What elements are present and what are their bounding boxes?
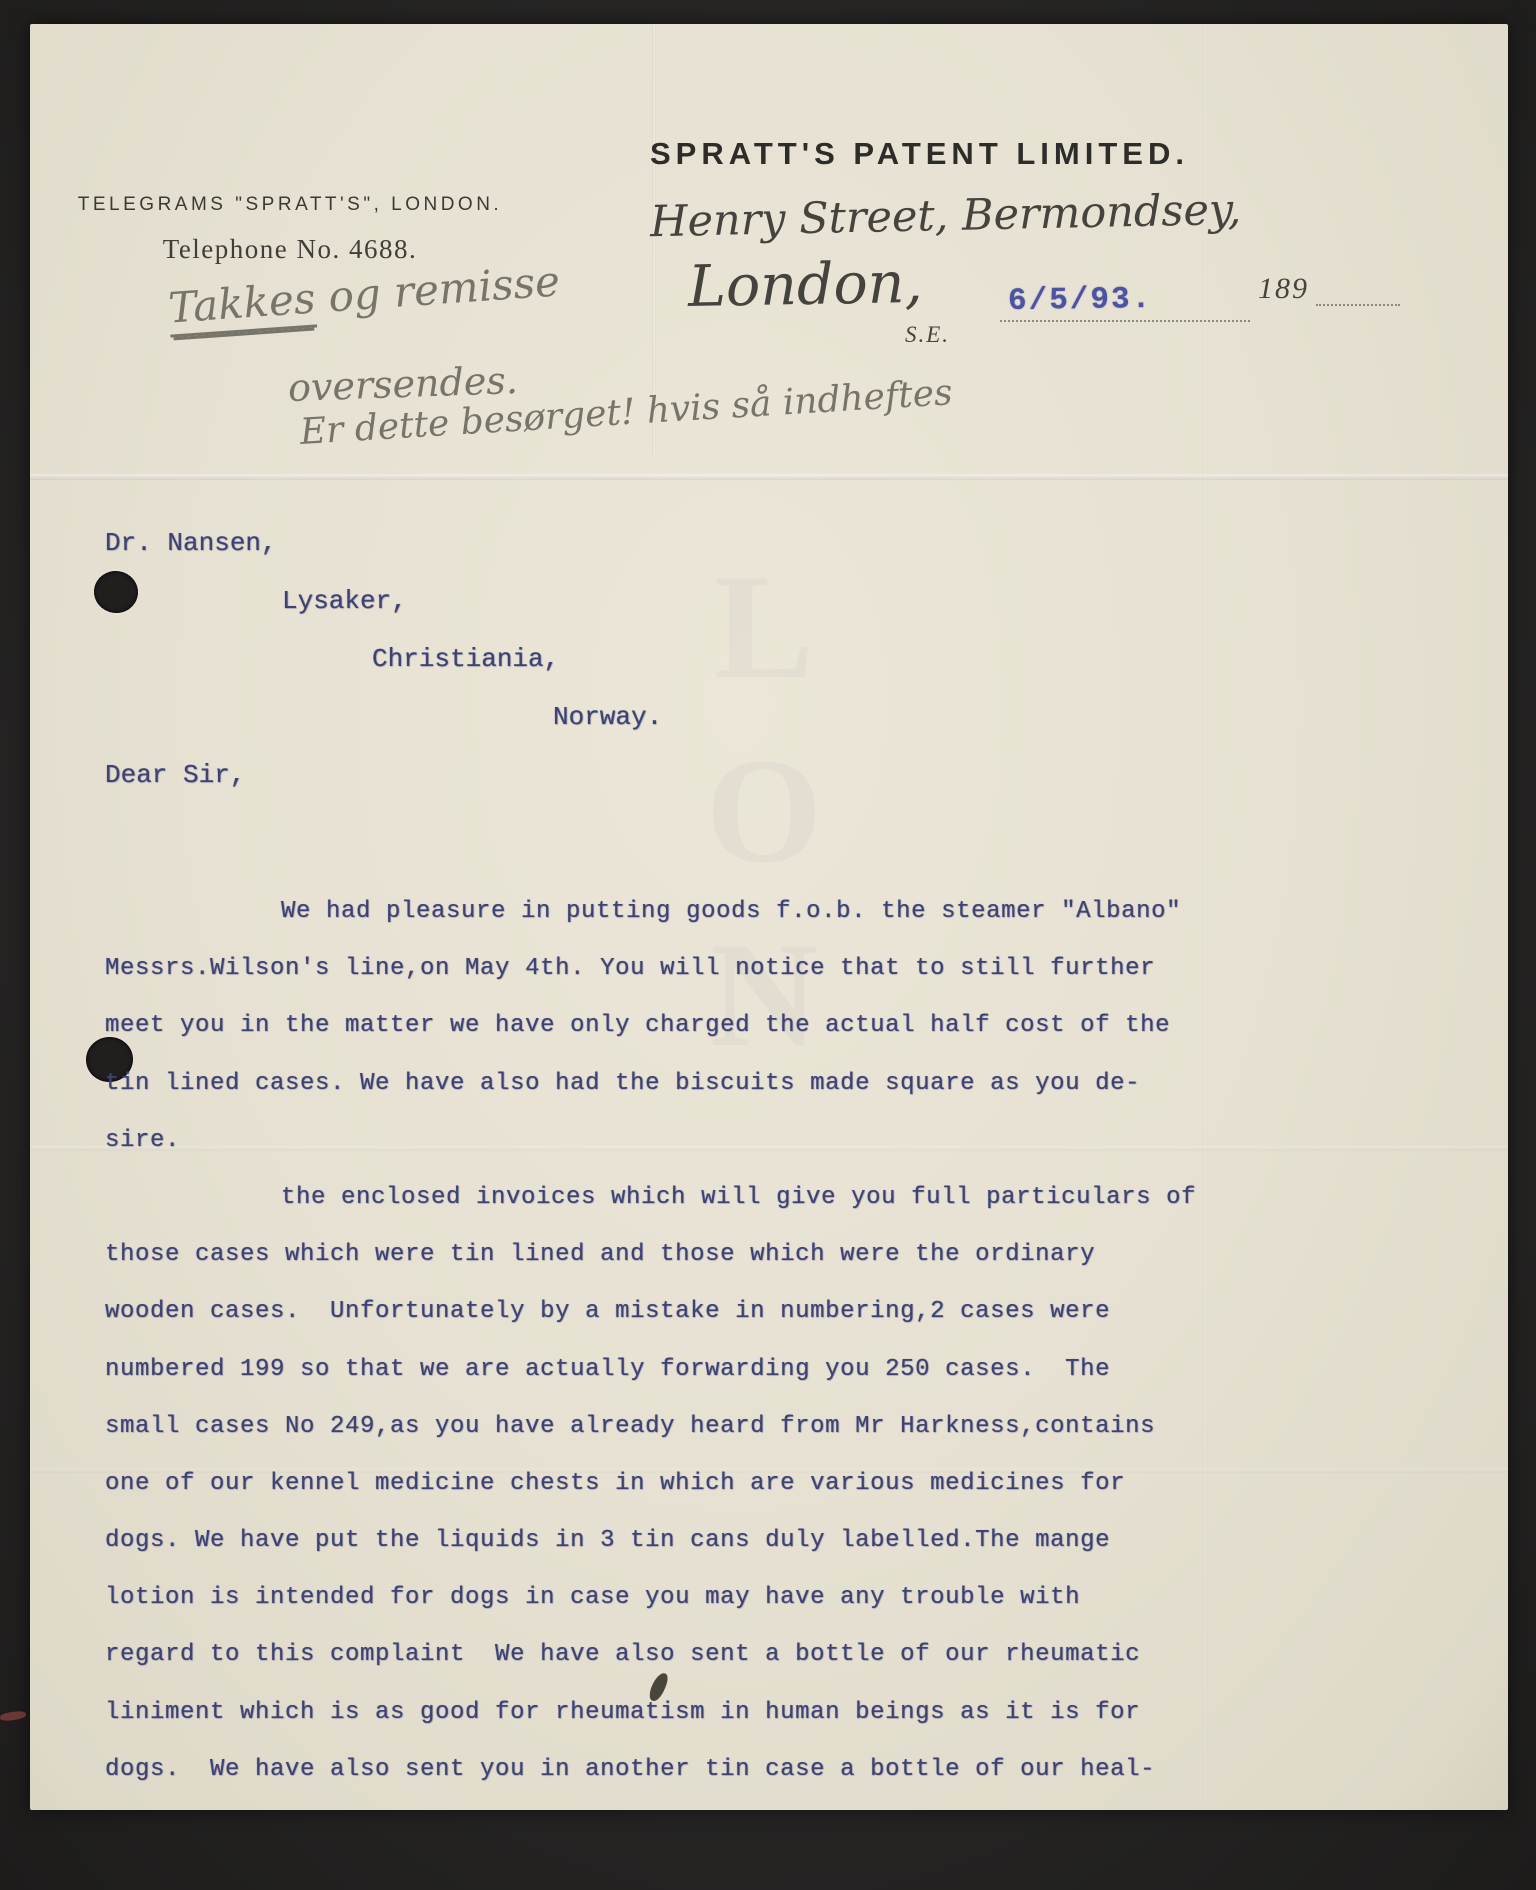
postal-district: S.E. bbox=[905, 322, 950, 348]
letter-body-line: one of our kennel medicine chests in whi… bbox=[105, 1455, 1215, 1512]
red-edge-mark bbox=[0, 1710, 26, 1722]
date-dotted-line bbox=[1000, 320, 1250, 322]
letter-body-line: sire. bbox=[105, 1112, 1215, 1169]
company-name: SPRATT'S PATENT LIMITED. bbox=[650, 136, 1180, 172]
pencil-note-underlined-word: Takkes bbox=[167, 273, 318, 337]
letter-body-line: dogs. We have also sent you in another t… bbox=[105, 1741, 1215, 1798]
year-dotted-line bbox=[1316, 304, 1400, 306]
printed-year-prefix: 189 bbox=[1258, 272, 1309, 306]
telephone-line: Telephone No. 4688. bbox=[70, 234, 510, 265]
letter-body-line: dogs. We have put the liquids in 3 tin c… bbox=[105, 1512, 1215, 1569]
telegrams-line: TELEGRAMS "SPRATT'S", LONDON. bbox=[70, 194, 510, 216]
letter-body-line: numbered 199 so that we are actually for… bbox=[105, 1341, 1215, 1398]
recipient-city: Christiania, bbox=[372, 644, 559, 674]
letter-body-line: those cases which were tin lined and tho… bbox=[105, 1226, 1215, 1283]
street-address-script: Henry Street, Bermondsey, bbox=[650, 187, 1151, 247]
letter-body-line: lotion is intended for dogs in case you … bbox=[105, 1569, 1215, 1626]
letter-body-line: meet you in the matter we have only char… bbox=[105, 997, 1215, 1054]
letter-body: We had pleasure in putting goods f.o.b. … bbox=[105, 802, 1215, 1798]
salutation: Dear Sir, bbox=[105, 760, 245, 790]
letter-body-line: the enclosed invoices which will give yo… bbox=[105, 1169, 1215, 1226]
recipient-place: Lysaker, bbox=[282, 586, 407, 616]
photographed-letter-scene: LON TELEGRAMS "SPRATT'S", LONDON. Teleph… bbox=[0, 0, 1536, 1890]
letter-body-line: Messrs.Wilson's line,on May 4th. You wil… bbox=[105, 940, 1215, 997]
horizontal-fold-crease bbox=[30, 474, 1508, 480]
letter-body-line: tin lined cases. We have also had the bi… bbox=[105, 1055, 1215, 1112]
letter-body-line: small cases No 249,as you have already h… bbox=[105, 1398, 1215, 1455]
recipient-country: Norway. bbox=[553, 702, 662, 732]
letter-body-line: wooden cases. Unfortunately by a mistake… bbox=[105, 1283, 1215, 1340]
date-stamp: 6/5/93. bbox=[1008, 282, 1153, 319]
recipient-name: Dr. Nansen, bbox=[105, 528, 277, 558]
letter-body-line: We had pleasure in putting goods f.o.b. … bbox=[105, 883, 1215, 940]
city-script: London, bbox=[687, 250, 923, 320]
